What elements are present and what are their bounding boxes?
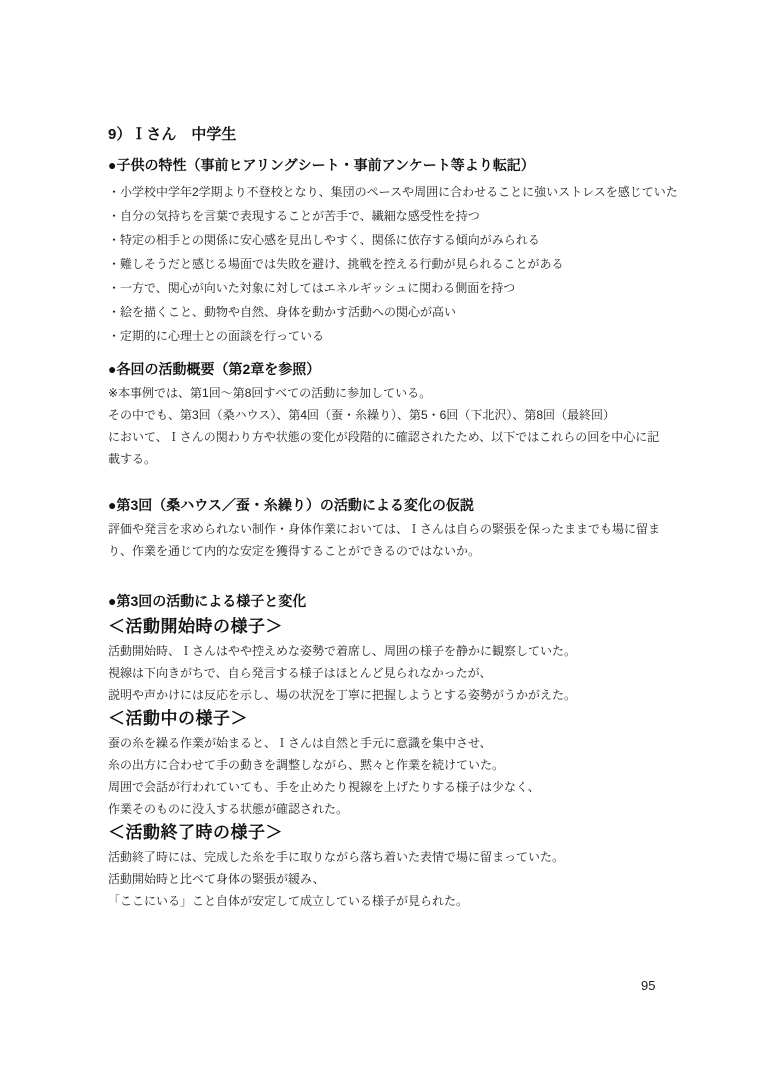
activity-overview-paragraph: ※本事例では、第1回～第8回すべての活動に参加している。 その中でも、第3回（桑…: [108, 382, 708, 470]
body-line: 活動終了時には、完成した糸を手に取りながら落ち着いた表情で場に留まっていた。: [108, 846, 708, 868]
subsection-heading-activity-during: ＜活動中の様子＞: [108, 706, 708, 732]
section-heading-hypothesis: ●第3回（桑ハウス／蚕・糸繰り）の活動による変化の仮説: [108, 492, 708, 518]
body-line: り、作業を通じて内的な安定を獲得することができるのではないか。: [108, 540, 708, 562]
body-line: 載する。: [108, 448, 708, 470]
body-line: その中でも、第3回（桑ハウス）、第4回（蚕・糸繰り）、第5・6回（下北沢）、第8…: [108, 404, 708, 426]
body-line: 視線は下向きがちで、自ら発言する様子はほとんど見られなかったが、: [108, 662, 708, 684]
bullet-item: ・自分の気持ちを言葉で表現することが苦手で、繊細な感受性を持つ: [108, 204, 708, 228]
document-page: 9）Ｉさん 中学生 ●子供の特性（事前ヒアリングシート・事前アンケート等より転記…: [0, 0, 768, 1087]
body-line: 活動開始時と比べて身体の緊張が緩み、: [108, 868, 708, 890]
bullet-item: ・絵を描くこと、動物や自然、身体を動かす活動への関心が高い: [108, 300, 708, 324]
section-heading-child-traits: ●子供の特性（事前ヒアリングシート・事前アンケート等より転記）: [108, 152, 708, 178]
case-title: 9）Ｉさん 中学生: [108, 122, 708, 148]
child-traits-list: ・小学校中学年2学期より不登校となり、集団のペースや周囲に合わせることに強いスト…: [108, 180, 708, 348]
bullet-item: ・特定の相手との関係に安心感を見出しやすく、関係に依存する傾向がみられる: [108, 228, 708, 252]
bullet-item: ・難しそうだと感じる場面では失敗を避け、挑戦を控える行動が見られることがある: [108, 252, 708, 276]
body-line: 評価や発言を求められない制作・身体作業においては、Ｉさんは自らの緊張を保ったまま…: [108, 518, 708, 540]
body-line: 作業そのものに没入する状態が確認された。: [108, 798, 708, 820]
body-line: 糸の出方に合わせて手の動きを調整しながら、黙々と作業を続けていた。: [108, 754, 708, 776]
activity-start-paragraph: 活動開始時、Ｉさんはやや控えめな姿勢で着席し、周囲の様子を静かに観察していた。 …: [108, 640, 708, 706]
document-content: 9）Ｉさん 中学生 ●子供の特性（事前ヒアリングシート・事前アンケート等より転記…: [108, 122, 708, 912]
body-line: 蚕の糸を繰る作業が始まると、Ｉさんは自然と手元に意識を集中させ、: [108, 732, 708, 754]
activity-end-paragraph: 活動終了時には、完成した糸を手に取りながら落ち着いた表情で場に留まっていた。 活…: [108, 846, 708, 912]
body-line: 説明や声かけには反応を示し、場の状況を丁寧に把握しようとする姿勢がうかがえた。: [108, 684, 708, 706]
body-line: において、Ｉさんの関わり方や状態の変化が段階的に確認されたため、以下ではこれらの…: [108, 426, 708, 448]
subsection-heading-activity-end: ＜活動終了時の様子＞: [108, 820, 708, 846]
body-line: 「ここにいる」こと自体が安定して成立している様子が見られた。: [108, 890, 708, 912]
body-line: 活動開始時、Ｉさんはやや控えめな姿勢で着席し、周囲の様子を静かに観察していた。: [108, 640, 708, 662]
section-heading-activity-overview: ●各回の活動概要（第2章を参照）: [108, 356, 708, 382]
activity-during-paragraph: 蚕の糸を繰る作業が始まると、Ｉさんは自然と手元に意識を集中させ、 糸の出方に合わ…: [108, 732, 708, 820]
bullet-item: ・一方で、関心が向いた対象に対してはエネルギッシュに関わる側面を持つ: [108, 276, 708, 300]
hypothesis-paragraph: 評価や発言を求められない制作・身体作業においては、Ｉさんは自らの緊張を保ったまま…: [108, 518, 708, 562]
page-number: 95: [641, 978, 655, 993]
body-line: 周囲で会話が行われていても、手を止めたり視線を上げたりする様子は少なく、: [108, 776, 708, 798]
bullet-item: ・小学校中学年2学期より不登校となり、集団のペースや周囲に合わせることに強いスト…: [108, 180, 708, 204]
bullet-item: ・定期的に心理士との面談を行っている: [108, 324, 708, 348]
subsection-heading-activity-start: ＜活動開始時の様子＞: [108, 614, 708, 640]
section-heading-session3-changes: ●第3回の活動による様子と変化: [108, 588, 708, 614]
body-line: ※本事例では、第1回～第8回すべての活動に参加している。: [108, 382, 708, 404]
